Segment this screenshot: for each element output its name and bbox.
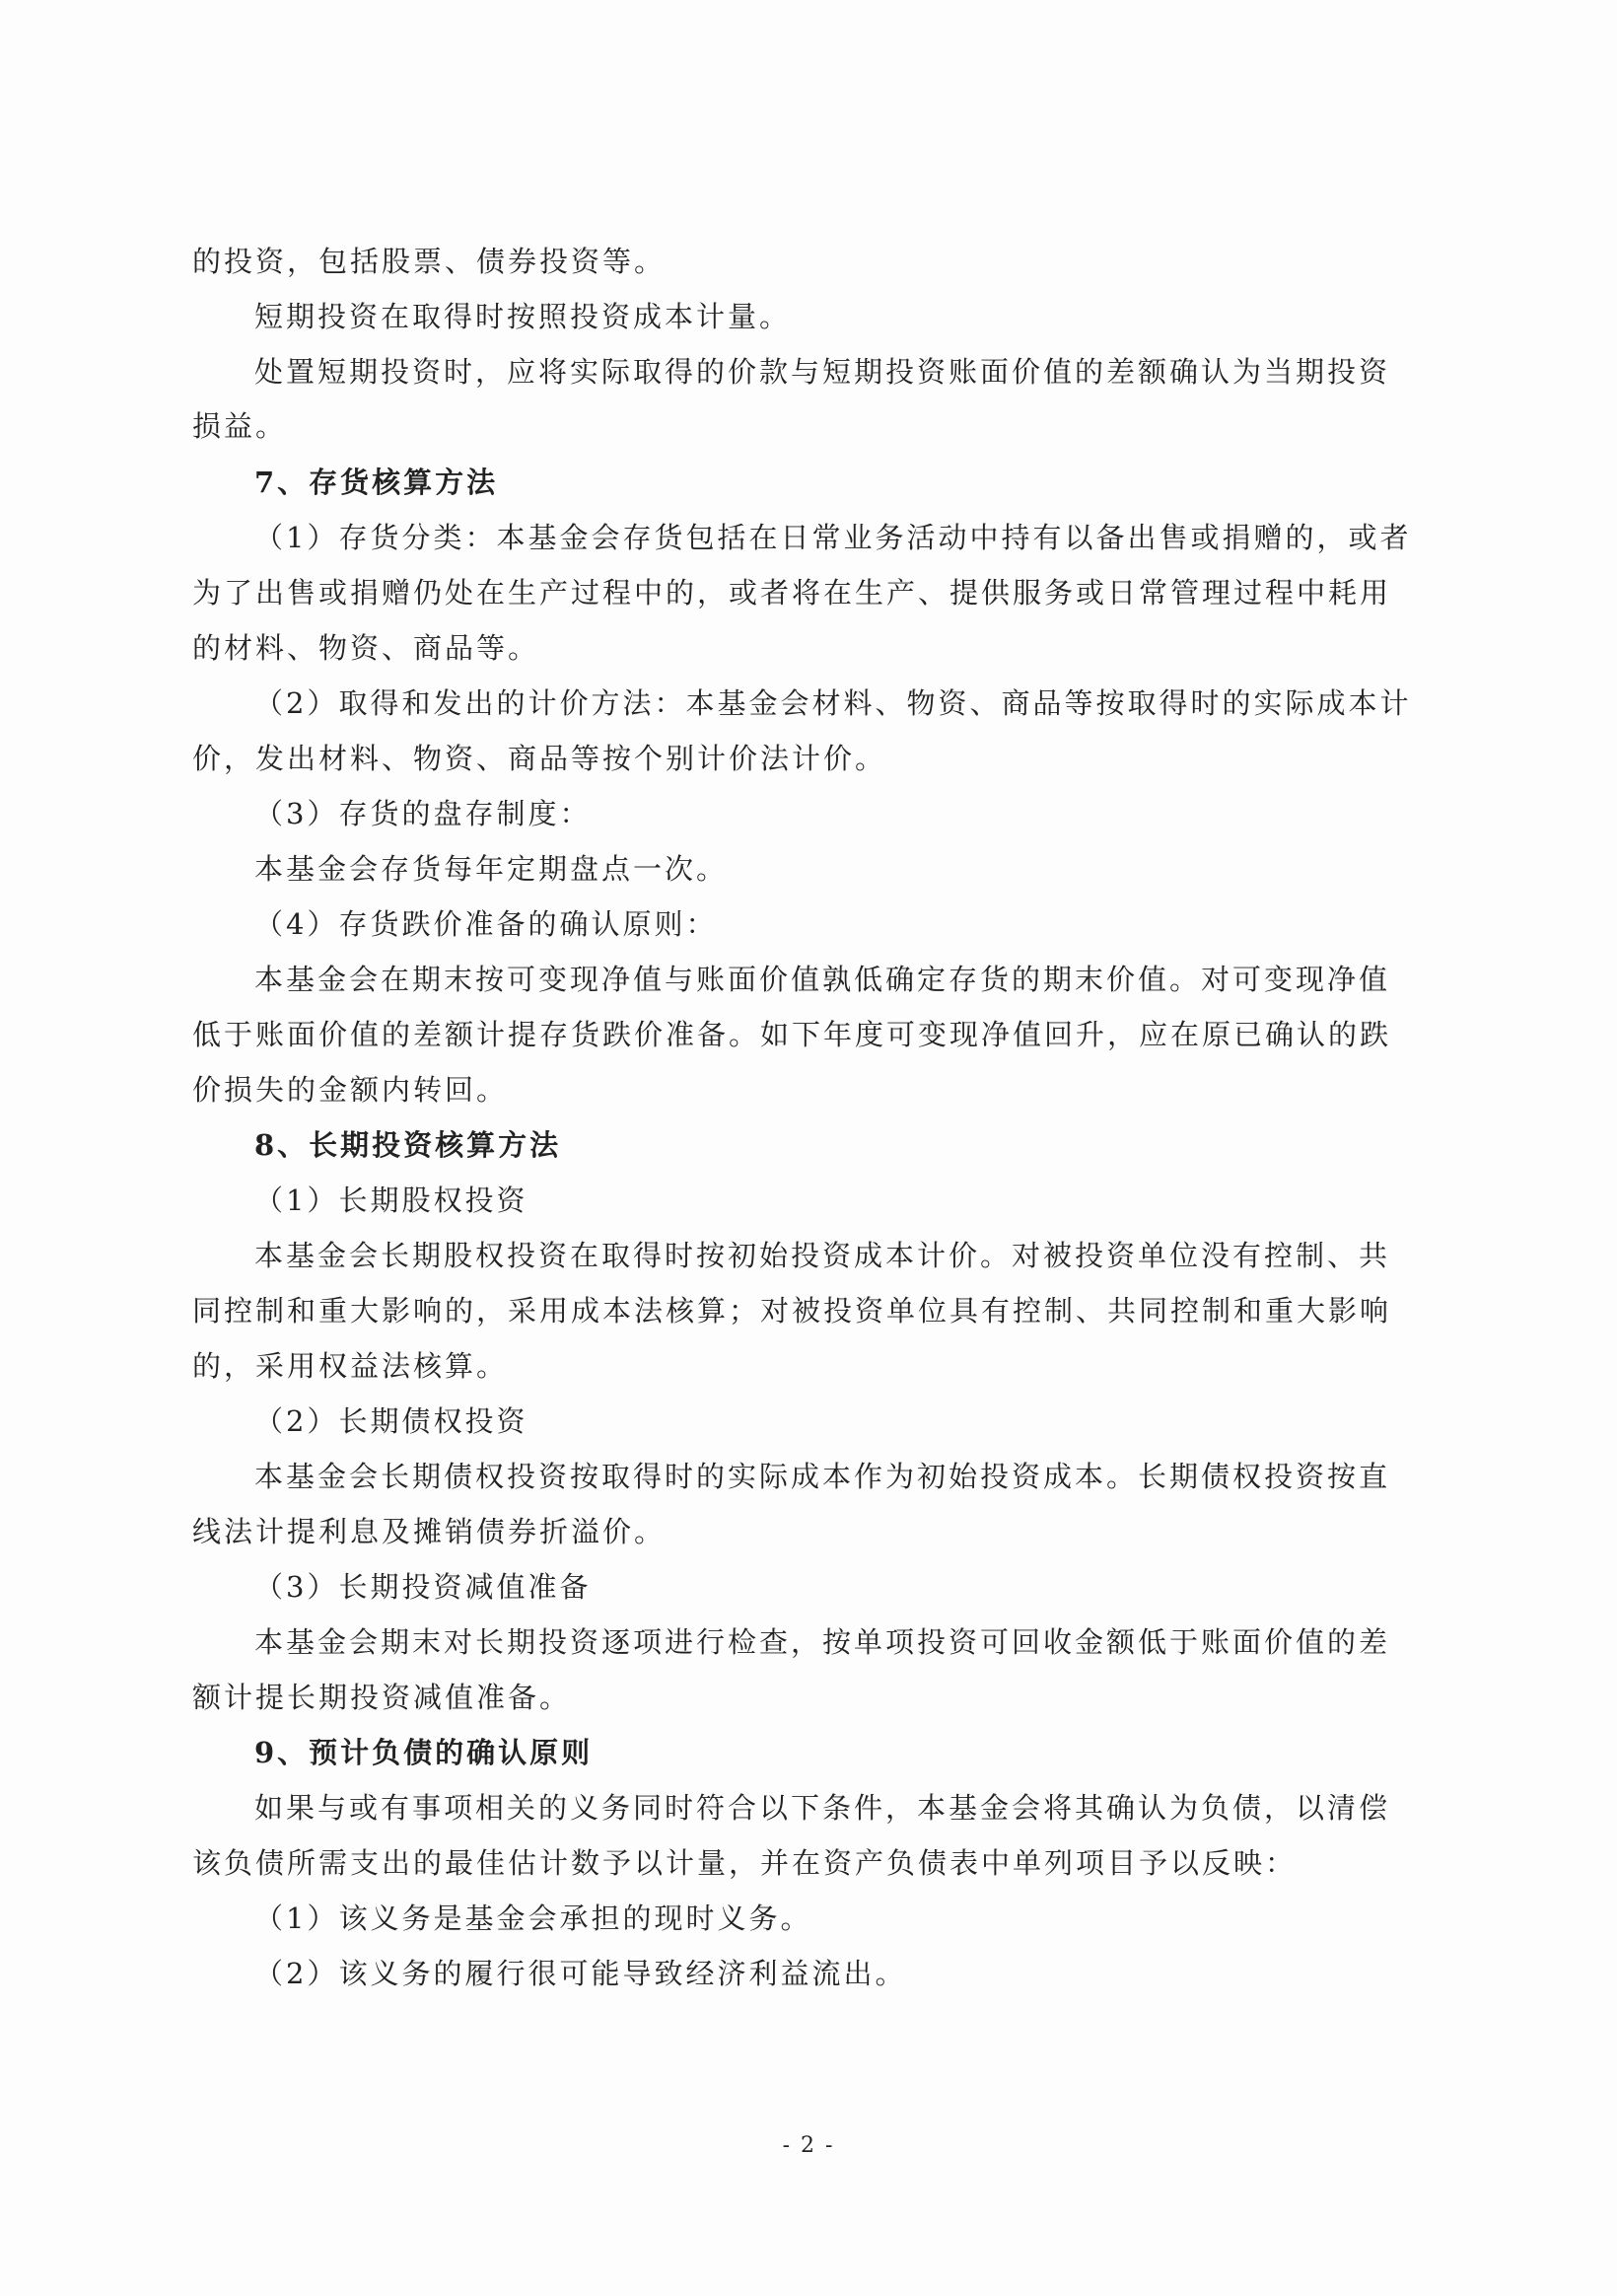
section-heading: 9、预计负债的确认原则 [254,1733,593,1772]
paragraph-line: （1）长期股权投资 [254,1181,527,1220]
paragraph-line: 本基金会长期股权投资在取得时按初始投资成本计价。对被投资单位没有控制、共 [254,1236,1390,1275]
paragraph-line: 的材料、物资、商品等。 [192,628,539,668]
paragraph-line: 价损失的金额内转回。 [192,1070,508,1110]
paragraph-line: （3）存货的盘存制度： [254,794,591,833]
paragraph-line: 线法计提利息及摊销债券折溢价。 [192,1512,666,1551]
paragraph-line: 如果与或有事项相关的义务同时符合以下条件，本基金会将其确认为负债，以清偿 [254,1788,1390,1828]
paragraph-line: 短期投资在取得时按照投资成本计量。 [254,297,791,336]
page-number: - 2 - [0,2133,1617,2158]
section-heading: 8、长期投资核算方法 [254,1125,561,1165]
section-heading: 7、存货核算方法 [254,463,498,502]
paragraph-line: （1）存货分类：本基金会存货包括在日常业务活动中持有以备出售或捐赠的，或者 [254,518,1411,557]
paragraph-line: 的，采用权益法核算。 [192,1346,508,1386]
paragraph-line: 本基金会期末对长期投资逐项进行检查，按单项投资可回收金额低于账面价值的差 [254,1622,1390,1662]
paragraph-line: 的投资，包括股票、债券投资等。 [192,242,666,281]
paragraph-line: （2）取得和发出的计价方法：本基金会材料、物资、商品等按取得时的实际成本计 [254,683,1411,723]
paragraph-line: 本基金会存货每年定期盘点一次。 [254,849,728,889]
paragraph-line: 低于账面价值的差额计提存货跌价准备。如下年度可变现净值回升，应在原已确认的跌 [192,1015,1391,1054]
paragraph-line: 价，发出材料、物资、商品等按个别计价法计价。 [192,739,886,778]
paragraph-line: 为了出售或捐赠仍处在生产过程中的，或者将在生产、提供服务或日常管理过程中耗用 [192,573,1391,612]
paragraph-line: 本基金会长期债权投资按取得时的实际成本作为初始投资成本。长期债权投资按直 [254,1457,1390,1496]
paragraph-line: （2）该义务的履行很可能导致经济利益流出。 [254,1954,906,1993]
paragraph-line: （2）长期债权投资 [254,1401,527,1441]
paragraph-line: 损益。 [192,406,287,446]
paragraph-line: （3）长期投资减值准备 [254,1567,591,1607]
paragraph-line: （4）存货跌价准备的确认原则： [254,904,717,944]
paragraph-line: 处置短期投资时，应将实际取得的价款与短期投资账面价值的差额确认为当期投资 [254,352,1390,392]
paragraph-line: 该负债所需支出的最佳估计数予以计量，并在资产负债表中单列项目予以反映： [192,1843,1297,1883]
paragraph-line: 本基金会在期末按可变现净值与账面价值孰低确定存货的期末价值。对可变现净值 [254,960,1390,999]
paragraph-line: （1）该义务是基金会承担的现时义务。 [254,1899,811,1938]
paragraph-line: 额计提长期投资减值准备。 [192,1678,571,1717]
paragraph-line: 同控制和重大影响的，采用成本法核算；对被投资单位具有控制、共同控制和重大影响 [192,1291,1391,1330]
document-page: 的投资，包括股票、债券投资等。短期投资在取得时按照投资成本计量。处置短期投资时，… [0,0,1617,2296]
